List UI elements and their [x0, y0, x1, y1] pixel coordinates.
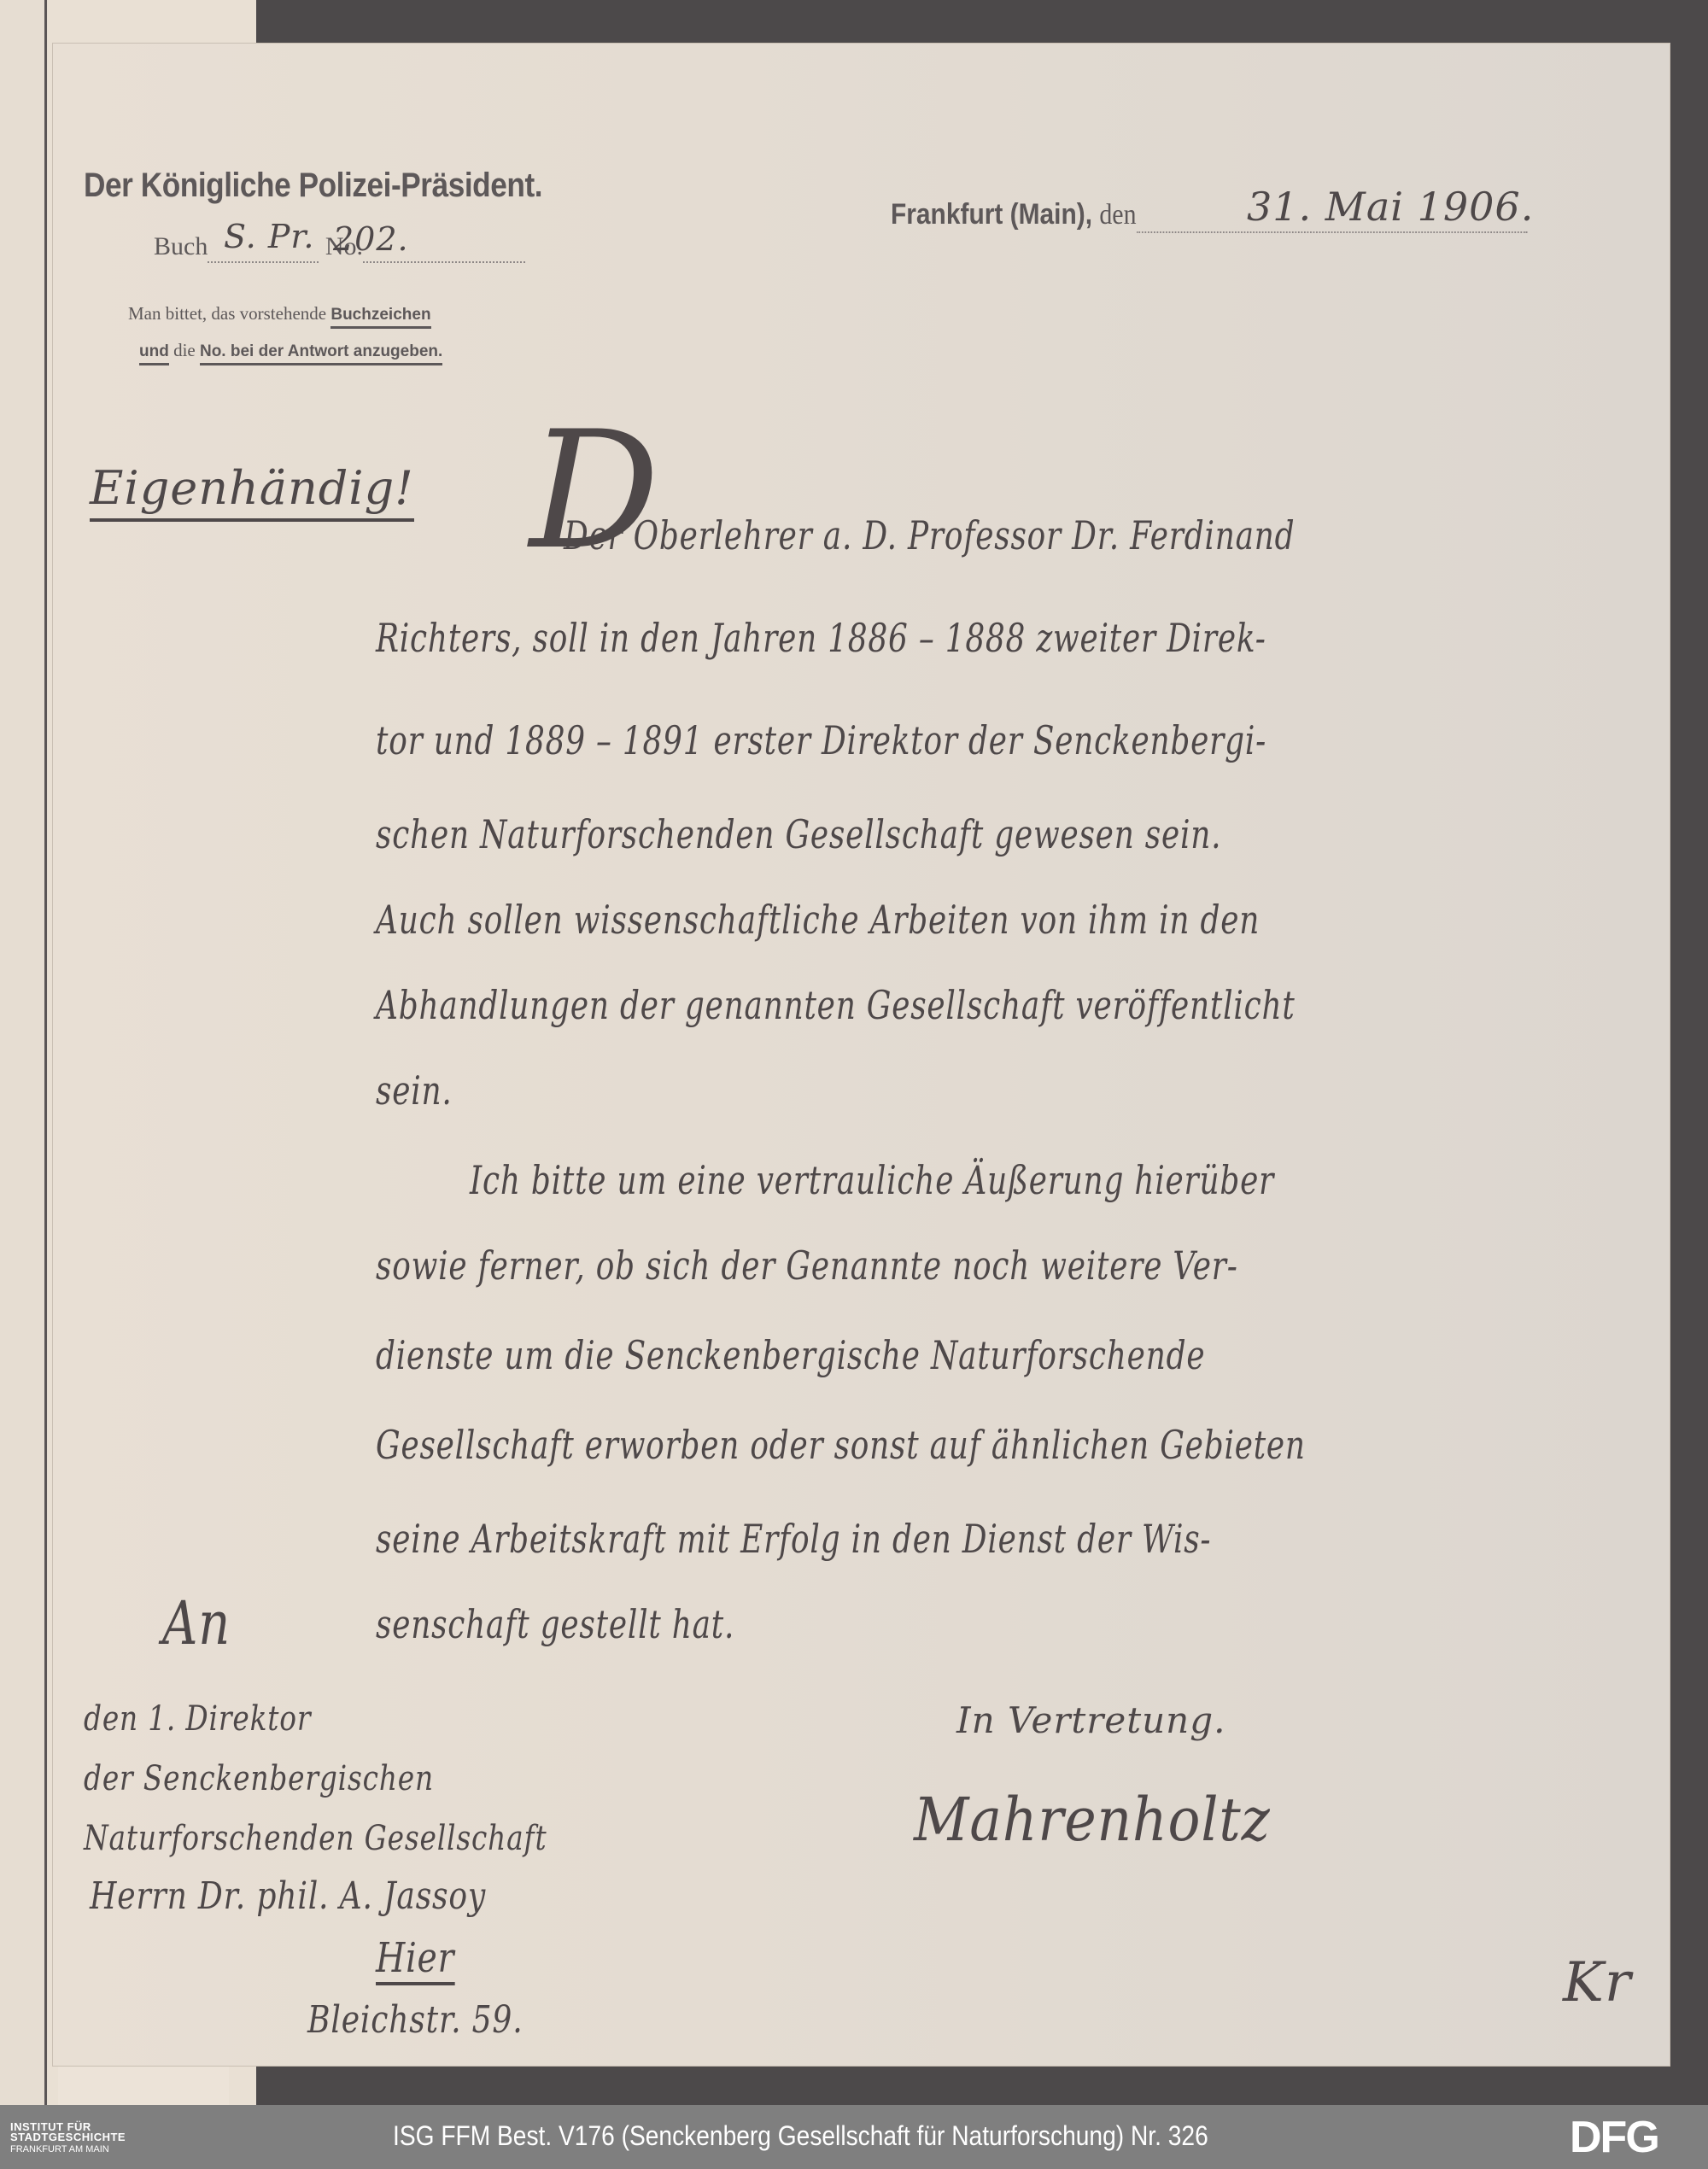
body-line: senschaft gestellt hat. [376, 1601, 734, 1647]
eigenhaendig-heading: Eigenhändig! [90, 465, 414, 522]
underlying-page-bottom [58, 2062, 229, 2105]
archive-footer: INSTITUT FÜR STADTGESCHICHTE FRANKFURT A… [0, 2105, 1708, 2169]
institute-logo: INSTITUT FÜR STADTGESCHICHTE FRANKFURT A… [10, 2122, 126, 2154]
address-an: An [162, 1588, 231, 1658]
address-line: der Senckenbergischen [84, 1759, 434, 1798]
note-bold-und: und [139, 342, 169, 365]
body-line: tor und 1889 – 1891 erster Direktor der … [376, 717, 1266, 763]
date-value: 31. Mai 1906. [1247, 184, 1534, 230]
address-hier: Hier [376, 1934, 454, 1982]
body-line: sein. [376, 1067, 453, 1114]
initials-mark: Kr [1563, 1951, 1631, 2014]
body-line: Richters, soll in den Jahren 1886 – 1888… [376, 615, 1266, 661]
address-line: den 1. Direktor [84, 1699, 311, 1739]
place-name: Frankfurt (Main), [891, 198, 1092, 231]
institute-line2: STADTGESCHICHTE [10, 2132, 126, 2143]
dfg-logo: DFG [1570, 2115, 1658, 2160]
reference-note-line1: Man bittet, das vorstehende Buchzeichen [128, 303, 431, 324]
body-line: Abhandlungen der genannten Gesellschaft … [376, 982, 1296, 1028]
body-line: sowie ferner, ob sich der Genannte noch … [376, 1242, 1238, 1289]
institute-line3: FRANKFURT AM MAIN [10, 2144, 126, 2154]
body-line: Ich bitte um eine vertrauliche Äußerung … [470, 1157, 1274, 1203]
address-street: Bleichstr. 59. [307, 1998, 523, 2042]
sheet-edge-line [44, 0, 47, 2105]
den-label: den [1099, 199, 1136, 231]
body-line: seine Arbeitskraft mit Erfolg in den Die… [376, 1516, 1211, 1562]
address-line: Naturforschenden Gesellschaft [84, 1819, 547, 1858]
body-line: Auch sollen wissenschaftliche Arbeiten v… [376, 897, 1260, 943]
buch-label: Buch [154, 232, 208, 260]
hier-underlined: Hier [376, 1934, 454, 1985]
note-text: die [169, 340, 200, 360]
no-value: 202. [333, 220, 409, 258]
letterhead-title: Der Königliche Polizei-Präsident. [84, 167, 542, 205]
note-bold-antwort: No. bei der Antwort anzugeben. [200, 342, 442, 365]
buch-value: S. Pr. [224, 218, 314, 255]
note-bold-buchzeichen: Buchzeichen [330, 306, 430, 329]
body-line: Gesellschaft erworben oder sonst auf ähn… [376, 1422, 1306, 1468]
body-line: Der Oberlehrer a. D. Professor Dr. Ferdi… [564, 512, 1295, 558]
address-recipient: Herrn Dr. phil. A. Jassoy [90, 1874, 486, 1918]
reference-note-line2: und die No. bei der Antwort anzugeben. [139, 340, 442, 361]
archive-caption: ISG FFM Best. V176 (Senckenberg Gesellsc… [393, 2120, 1208, 2152]
in-vertretung: In Vertretung. [956, 1699, 1225, 1741]
body-line: dienste um die Senckenbergische Naturfor… [376, 1332, 1205, 1378]
body-line: schen Naturforschenden Gesellschaft gewe… [376, 811, 1221, 857]
underlying-sheet-edge [0, 0, 48, 2105]
note-text: Man bittet, das vorstehende [128, 303, 330, 324]
signature: Mahrenholtz [914, 1785, 1271, 1855]
